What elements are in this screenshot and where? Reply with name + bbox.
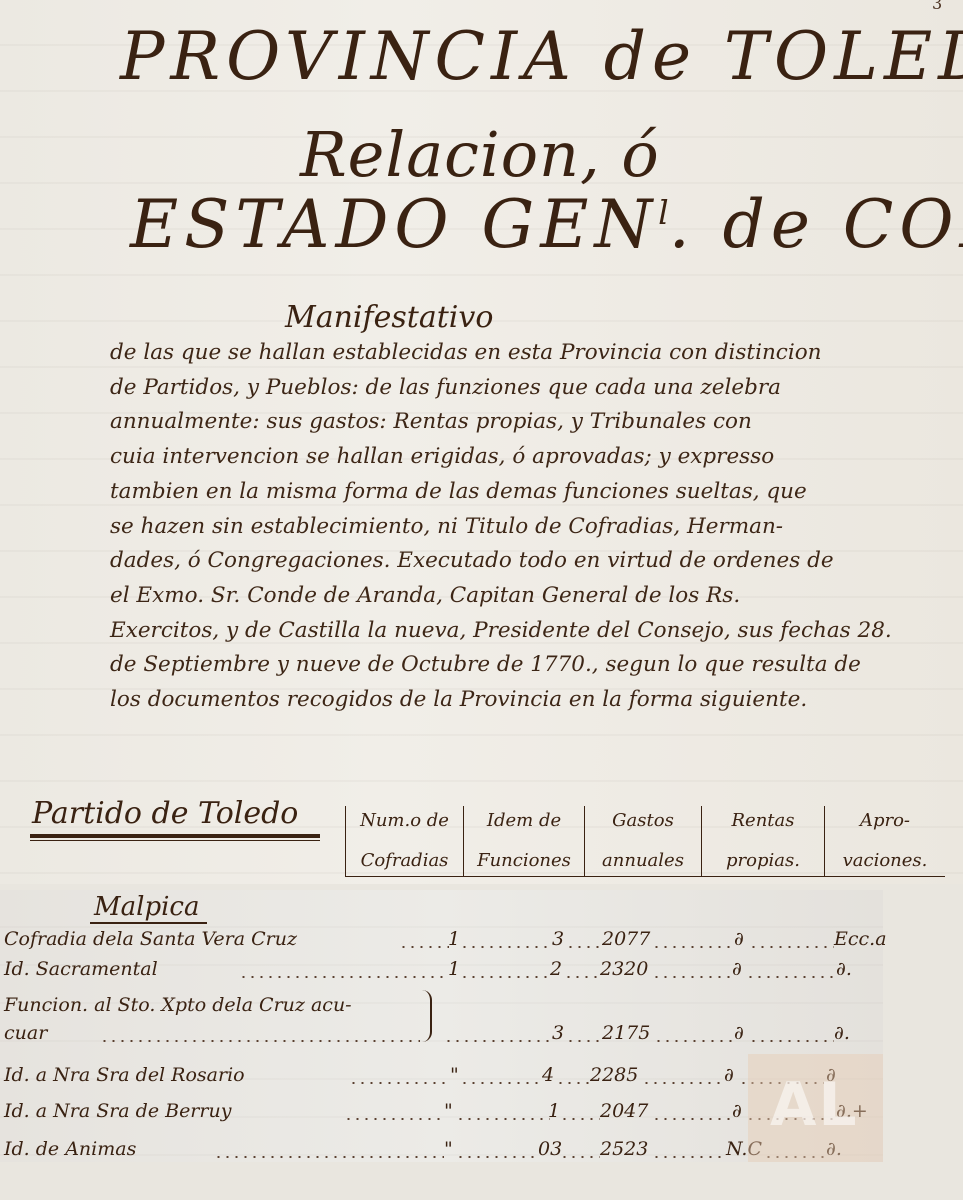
ledger-row-name: Cofradia dela Santa Vera Cruz bbox=[4, 928, 297, 950]
ledger-cell-rentas: ∂ bbox=[724, 1064, 734, 1086]
ledger-row-name: Id. a Nra Sra de Berruy bbox=[4, 1100, 231, 1122]
ledger-cell-gastos: 2285 bbox=[590, 1064, 638, 1086]
dot-leader bbox=[652, 1156, 724, 1158]
ledger-cell-gastos: 2320 bbox=[600, 958, 648, 980]
dot-leader bbox=[654, 1040, 734, 1042]
body-line: los documentos recogidos de la Provincia… bbox=[110, 683, 960, 718]
body-line: se hazen sin establecimiento, ni Titulo … bbox=[110, 510, 960, 545]
dot-leader bbox=[746, 976, 834, 978]
ledger-row: Id. a Nra Sra del Rosario " 4 2285 ∂ ∂ bbox=[4, 1064, 874, 1094]
grouping-brace bbox=[418, 990, 432, 1042]
ledger-cell-gastos: 2175 bbox=[602, 1022, 650, 1044]
column-header-funciones: Idem de Funciones bbox=[463, 806, 584, 876]
column-header-aprovaciones: Apro- vaciones. bbox=[824, 806, 945, 876]
dot-leader bbox=[749, 946, 834, 948]
column-header-line: vaciones. bbox=[831, 846, 939, 876]
ledger-cell-funciones: 1 bbox=[548, 1100, 560, 1122]
ledger-town-malpica: Malpica bbox=[90, 892, 207, 924]
ledger-cell-funciones: 2 bbox=[550, 958, 562, 980]
body-line: de las que se hallan establecidas en est… bbox=[110, 336, 960, 371]
dot-leader bbox=[100, 1040, 420, 1042]
ledger-cell-rentas: ∂ bbox=[734, 928, 744, 950]
dot-leader bbox=[652, 1118, 732, 1120]
ledger-row: Id. a Nra Sra de Berruy " 1 2047 ∂ ∂.+ bbox=[4, 1100, 874, 1130]
ledger-row: Funcion. al Sto. Xpto dela Cruz acu- cua… bbox=[4, 994, 874, 1050]
ledger-cell-rentas: ∂ bbox=[732, 958, 742, 980]
ledger-row-name-cont: cuar bbox=[4, 1022, 47, 1044]
title-province: PROVINCIA de TOLEDO. bbox=[120, 18, 963, 95]
heading-underline-thin bbox=[30, 840, 320, 841]
column-header-num-cofradias: Num.o de Cofradias bbox=[345, 806, 463, 876]
body-line: dades, ó Congregaciones. Executado todo … bbox=[110, 544, 960, 579]
dot-leader bbox=[460, 946, 550, 948]
ledger-cell-aprov: ∂. bbox=[836, 958, 852, 980]
dot-leader bbox=[344, 1118, 444, 1120]
dot-leader bbox=[566, 1040, 602, 1042]
dot-leader bbox=[460, 976, 548, 978]
column-header-line: Num.o de bbox=[352, 806, 457, 836]
body-line: de Partidos, y Pueblos: de las funziones… bbox=[110, 371, 960, 406]
title-estado: ESTADO GENl. de COFRADs. bbox=[130, 186, 963, 263]
ledger-cell-num: " bbox=[444, 1100, 453, 1122]
ledger-row: Id. de Animas " 03 2523 N.C ∂. bbox=[4, 1138, 874, 1168]
title-estado-main: ESTADO GEN bbox=[130, 186, 658, 263]
column-header-line: Idem de bbox=[470, 806, 578, 836]
body-line: Exercitos, y de Castilla la nueva, Presi… bbox=[110, 614, 960, 649]
column-header-line: Gastos bbox=[591, 806, 695, 836]
column-header-line: Apro- bbox=[831, 806, 939, 836]
ledger-cell-funciones: 3 bbox=[552, 1022, 564, 1044]
ledger-row: Id. Sacramental 1 2 2320 ∂ ∂. bbox=[4, 958, 874, 988]
ledger-cell-aprov: ∂. bbox=[834, 1022, 850, 1044]
ledger-cell-aprov: Ecc.a bbox=[834, 928, 887, 950]
column-header-rentas: Rentas propias. bbox=[701, 806, 824, 876]
dot-leader bbox=[564, 976, 600, 978]
ledger-cell-gastos: 2047 bbox=[600, 1100, 648, 1122]
column-header-gastos: Gastos annuales bbox=[584, 806, 701, 876]
dot-leader bbox=[214, 1156, 444, 1158]
column-header-line: annuales bbox=[591, 846, 695, 876]
dot-leader bbox=[642, 1082, 724, 1084]
ledger-cell-funciones: 4 bbox=[542, 1064, 554, 1086]
column-header-line: Rentas bbox=[708, 806, 818, 836]
body-paragraph: de las que se hallan establecidas en est… bbox=[110, 336, 960, 718]
body-line: tambien en la misma forma de las demas f… bbox=[110, 475, 960, 510]
ledger-cell-funciones: 3 bbox=[552, 928, 564, 950]
dot-leader bbox=[556, 1082, 590, 1084]
dot-leader bbox=[560, 1118, 600, 1120]
dot-leader bbox=[460, 1082, 540, 1084]
body-line: annualmente: sus gastos: Rentas propias,… bbox=[110, 405, 960, 440]
body-line: de Septiembre y nueve de Octubre de 1770… bbox=[110, 648, 960, 683]
dot-leader bbox=[399, 946, 449, 948]
ledger-cell-funciones: 03 bbox=[538, 1138, 562, 1160]
body-line: el Exmo. Sr. Conde de Aranda, Capitan Ge… bbox=[110, 579, 960, 614]
dot-leader bbox=[456, 1118, 550, 1120]
dot-leader bbox=[456, 1156, 536, 1158]
dot-leader bbox=[652, 976, 732, 978]
ledger-row-name: Funcion. al Sto. Xpto dela Cruz acu- bbox=[4, 994, 352, 1016]
ledger-cell-gastos: 2077 bbox=[602, 928, 650, 950]
dot-leader bbox=[349, 1082, 449, 1084]
dot-leader bbox=[566, 946, 602, 948]
ledger-cell-gastos: 2523 bbox=[600, 1138, 648, 1160]
ledger-cell-num: " bbox=[450, 1064, 459, 1086]
column-header-line: Funciones bbox=[470, 846, 578, 876]
dot-leader bbox=[239, 976, 444, 978]
section-heading-partido: Partido de Toledo bbox=[32, 796, 298, 831]
dot-leader bbox=[444, 1040, 550, 1042]
title-estado-sup: l bbox=[658, 193, 669, 232]
ledger-row-name: Id. Sacramental bbox=[4, 958, 158, 980]
heading-underline-thick bbox=[30, 834, 320, 838]
ledger-row-name: Id. de Animas bbox=[4, 1138, 136, 1160]
ledger-cell-num: 1 bbox=[448, 958, 460, 980]
dot-leader bbox=[749, 1040, 834, 1042]
title-relacion: Relacion, ó bbox=[300, 118, 660, 191]
ledger-cell-num: 1 bbox=[448, 928, 460, 950]
column-header-line: propias. bbox=[708, 846, 818, 876]
ledger-cell-rentas: ∂ bbox=[732, 1100, 742, 1122]
title-estado-rest: . de COFRAD bbox=[669, 186, 963, 263]
page-number-mark: 3 bbox=[932, 0, 942, 13]
body-line: cuia intervencion se hallan erigidas, ó … bbox=[110, 440, 960, 475]
ledger-row-name: Id. a Nra Sra del Rosario bbox=[4, 1064, 245, 1086]
dot-leader bbox=[560, 1156, 600, 1158]
column-header-line: Cofradias bbox=[352, 846, 457, 876]
column-headers: Num.o de Cofradias Idem de Funciones Gas… bbox=[345, 806, 945, 877]
subtitle-manifestativo: Manifestativo bbox=[285, 300, 493, 335]
dot-leader bbox=[652, 946, 734, 948]
ledger-row: Cofradia dela Santa Vera Cruz 1 3 2077 ∂… bbox=[4, 928, 874, 958]
watermark-text: AL bbox=[770, 1070, 859, 1140]
ledger-cell-rentas: ∂ bbox=[734, 1022, 744, 1044]
ledger-cell-num: " bbox=[444, 1138, 453, 1160]
